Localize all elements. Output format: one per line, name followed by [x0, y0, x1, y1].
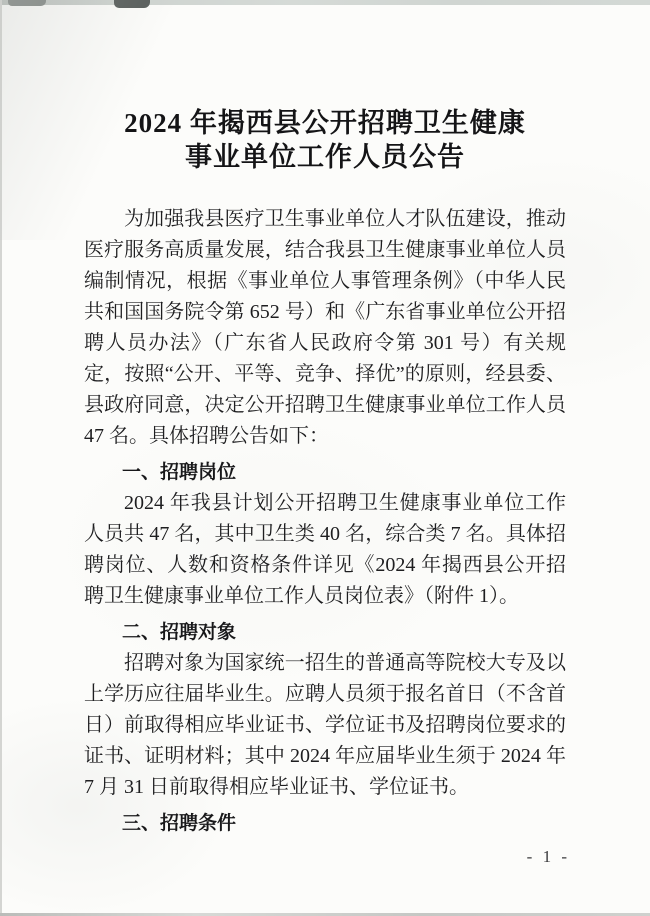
scan-edge-top [0, 0, 650, 5]
paragraph-intro: 为加强我县医疗卫生事业单位人才队伍建设，推动医疗服务高质量发展，结合我县卫生健康… [84, 204, 566, 452]
section-heading-recruit-positions: 一、招聘岗位 [84, 457, 566, 488]
paper-tear-mark-left [8, 0, 46, 6]
document-content: 2024 年揭西县公开招聘卫生健康 事业单位工作人员公告 为加强我县医疗卫生事业… [84, 106, 566, 839]
title-line-2: 事业单位工作人员公告 [84, 140, 566, 174]
scan-edge-left [0, 0, 2, 916]
section-heading-recruit-targets: 二、招聘对象 [84, 617, 566, 648]
section-heading-recruit-conditions: 三、招聘条件 [84, 808, 566, 839]
paragraph-recruit-targets: 招聘对象为国家统一招生的普通高等院校大专及以上学历应往届毕业生。应聘人员须于报名… [84, 648, 566, 803]
scanned-document-page: 2024 年揭西县公开招聘卫生健康 事业单位工作人员公告 为加强我县医疗卫生事业… [0, 0, 650, 916]
page-number: - 1 - [527, 847, 570, 867]
paragraph-recruit-positions: 2024 年我县计划公开招聘卫生健康事业单位工作人员共 47 名，其中卫生类 4… [84, 488, 566, 612]
document-title: 2024 年揭西县公开招聘卫生健康 事业单位工作人员公告 [84, 106, 566, 174]
title-line-1: 2024 年揭西县公开招聘卫生健康 [84, 106, 566, 140]
paper-tear-mark-center [114, 0, 150, 8]
document-body: 为加强我县医疗卫生事业单位人才队伍建设，推动医疗服务高质量发展，结合我县卫生健康… [84, 204, 566, 839]
